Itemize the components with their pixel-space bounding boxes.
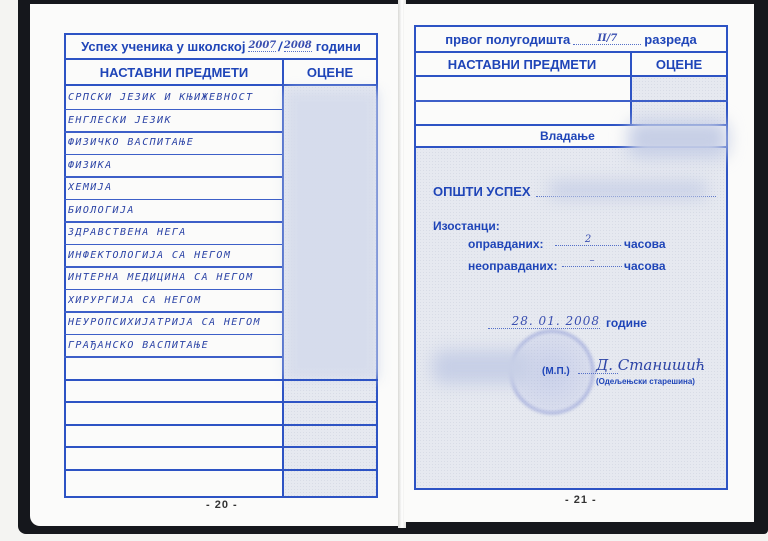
col-grades-header-right: ОЦЕНЕ (632, 53, 726, 75)
left-title: Успех ученика у школској 2007 / 2008 год… (66, 35, 376, 57)
col-subjects-header: НАСТАВНИ ПРЕДМЕТИ (66, 60, 282, 84)
subject-name: хирургија са негом (68, 295, 280, 306)
subject-name: интерна медицина са негом (68, 272, 280, 283)
row-divider (64, 401, 378, 403)
row-divider (64, 266, 282, 268)
grades-redacted (286, 90, 378, 380)
teacher-signature: Д. Станишић (596, 356, 705, 374)
unexcused-value: – (562, 255, 622, 267)
excused-value: 2 (555, 234, 621, 246)
semester-prefix: првог полугодишта (445, 32, 570, 47)
row-divider (64, 109, 282, 111)
stamp-label: (М.П.) (542, 366, 570, 377)
divider (414, 100, 728, 102)
row-divider (64, 334, 282, 336)
year-start: 2007 (248, 40, 276, 52)
row-divider (64, 244, 282, 246)
subject-name: физичко васпитање (68, 137, 280, 148)
row-divider (64, 221, 282, 223)
grade-class: II/7 (573, 33, 641, 45)
subject-name: хемија (68, 182, 280, 193)
unexcused-label: неоправданих: (468, 259, 557, 273)
row-divider (64, 424, 378, 426)
unexcused-hours-unit: часова (624, 259, 666, 273)
redacted-area (432, 350, 532, 384)
title-prefix: Успех ученика у школској (81, 39, 245, 54)
row-divider (64, 176, 282, 178)
row-divider (64, 379, 378, 381)
row-divider (64, 446, 378, 448)
year-sep: / (278, 39, 282, 54)
title-suffix: години (316, 39, 361, 54)
col-subjects-header-right: НАСТАВНИ ПРЕДМЕТИ (416, 53, 628, 75)
subject-name: неуропсихијатрија са негом (68, 317, 280, 328)
col-grades-header: ОЦЕНЕ (284, 60, 376, 84)
row-divider (64, 469, 378, 471)
subject-name: здравствена нега (68, 227, 280, 238)
overall-success-label: ОПШТИ УСПЕХ (433, 184, 531, 199)
page-number-right: - 21 - (565, 494, 597, 506)
subject-name: физика (68, 160, 280, 171)
page-number-left: - 20 - (206, 499, 238, 511)
date-value: 28. 01. 2008 (488, 314, 600, 329)
subject-name: инфектологија са негом (68, 250, 280, 261)
row-divider (64, 289, 282, 291)
overall-grade-redacted (548, 182, 708, 198)
excused-label: оправданих: (468, 237, 544, 251)
subject-name: енглески језик (68, 115, 280, 126)
row-divider (64, 311, 282, 313)
conduct-grade-redacted (628, 120, 728, 158)
signature-caption: (Одељењски старешина) (596, 377, 695, 386)
row-divider (64, 199, 282, 201)
date-suffix: године (606, 316, 647, 330)
row-divider (64, 131, 282, 133)
absences-label: Изостанци: (433, 219, 500, 233)
subject-name: српски језик и књижевност (68, 92, 280, 103)
row-divider (64, 356, 282, 358)
subject-name: грађанско васпитање (68, 340, 280, 351)
row-divider (64, 154, 282, 156)
semester-suffix: разреда (644, 32, 696, 47)
year-end: 2008 (284, 40, 312, 52)
excused-hours-unit: часова (624, 237, 666, 251)
conduct-label: Владање (540, 129, 595, 143)
semester-title: првог полугодишта II/7 разреда (416, 27, 726, 51)
subject-name: биологија (68, 205, 280, 216)
